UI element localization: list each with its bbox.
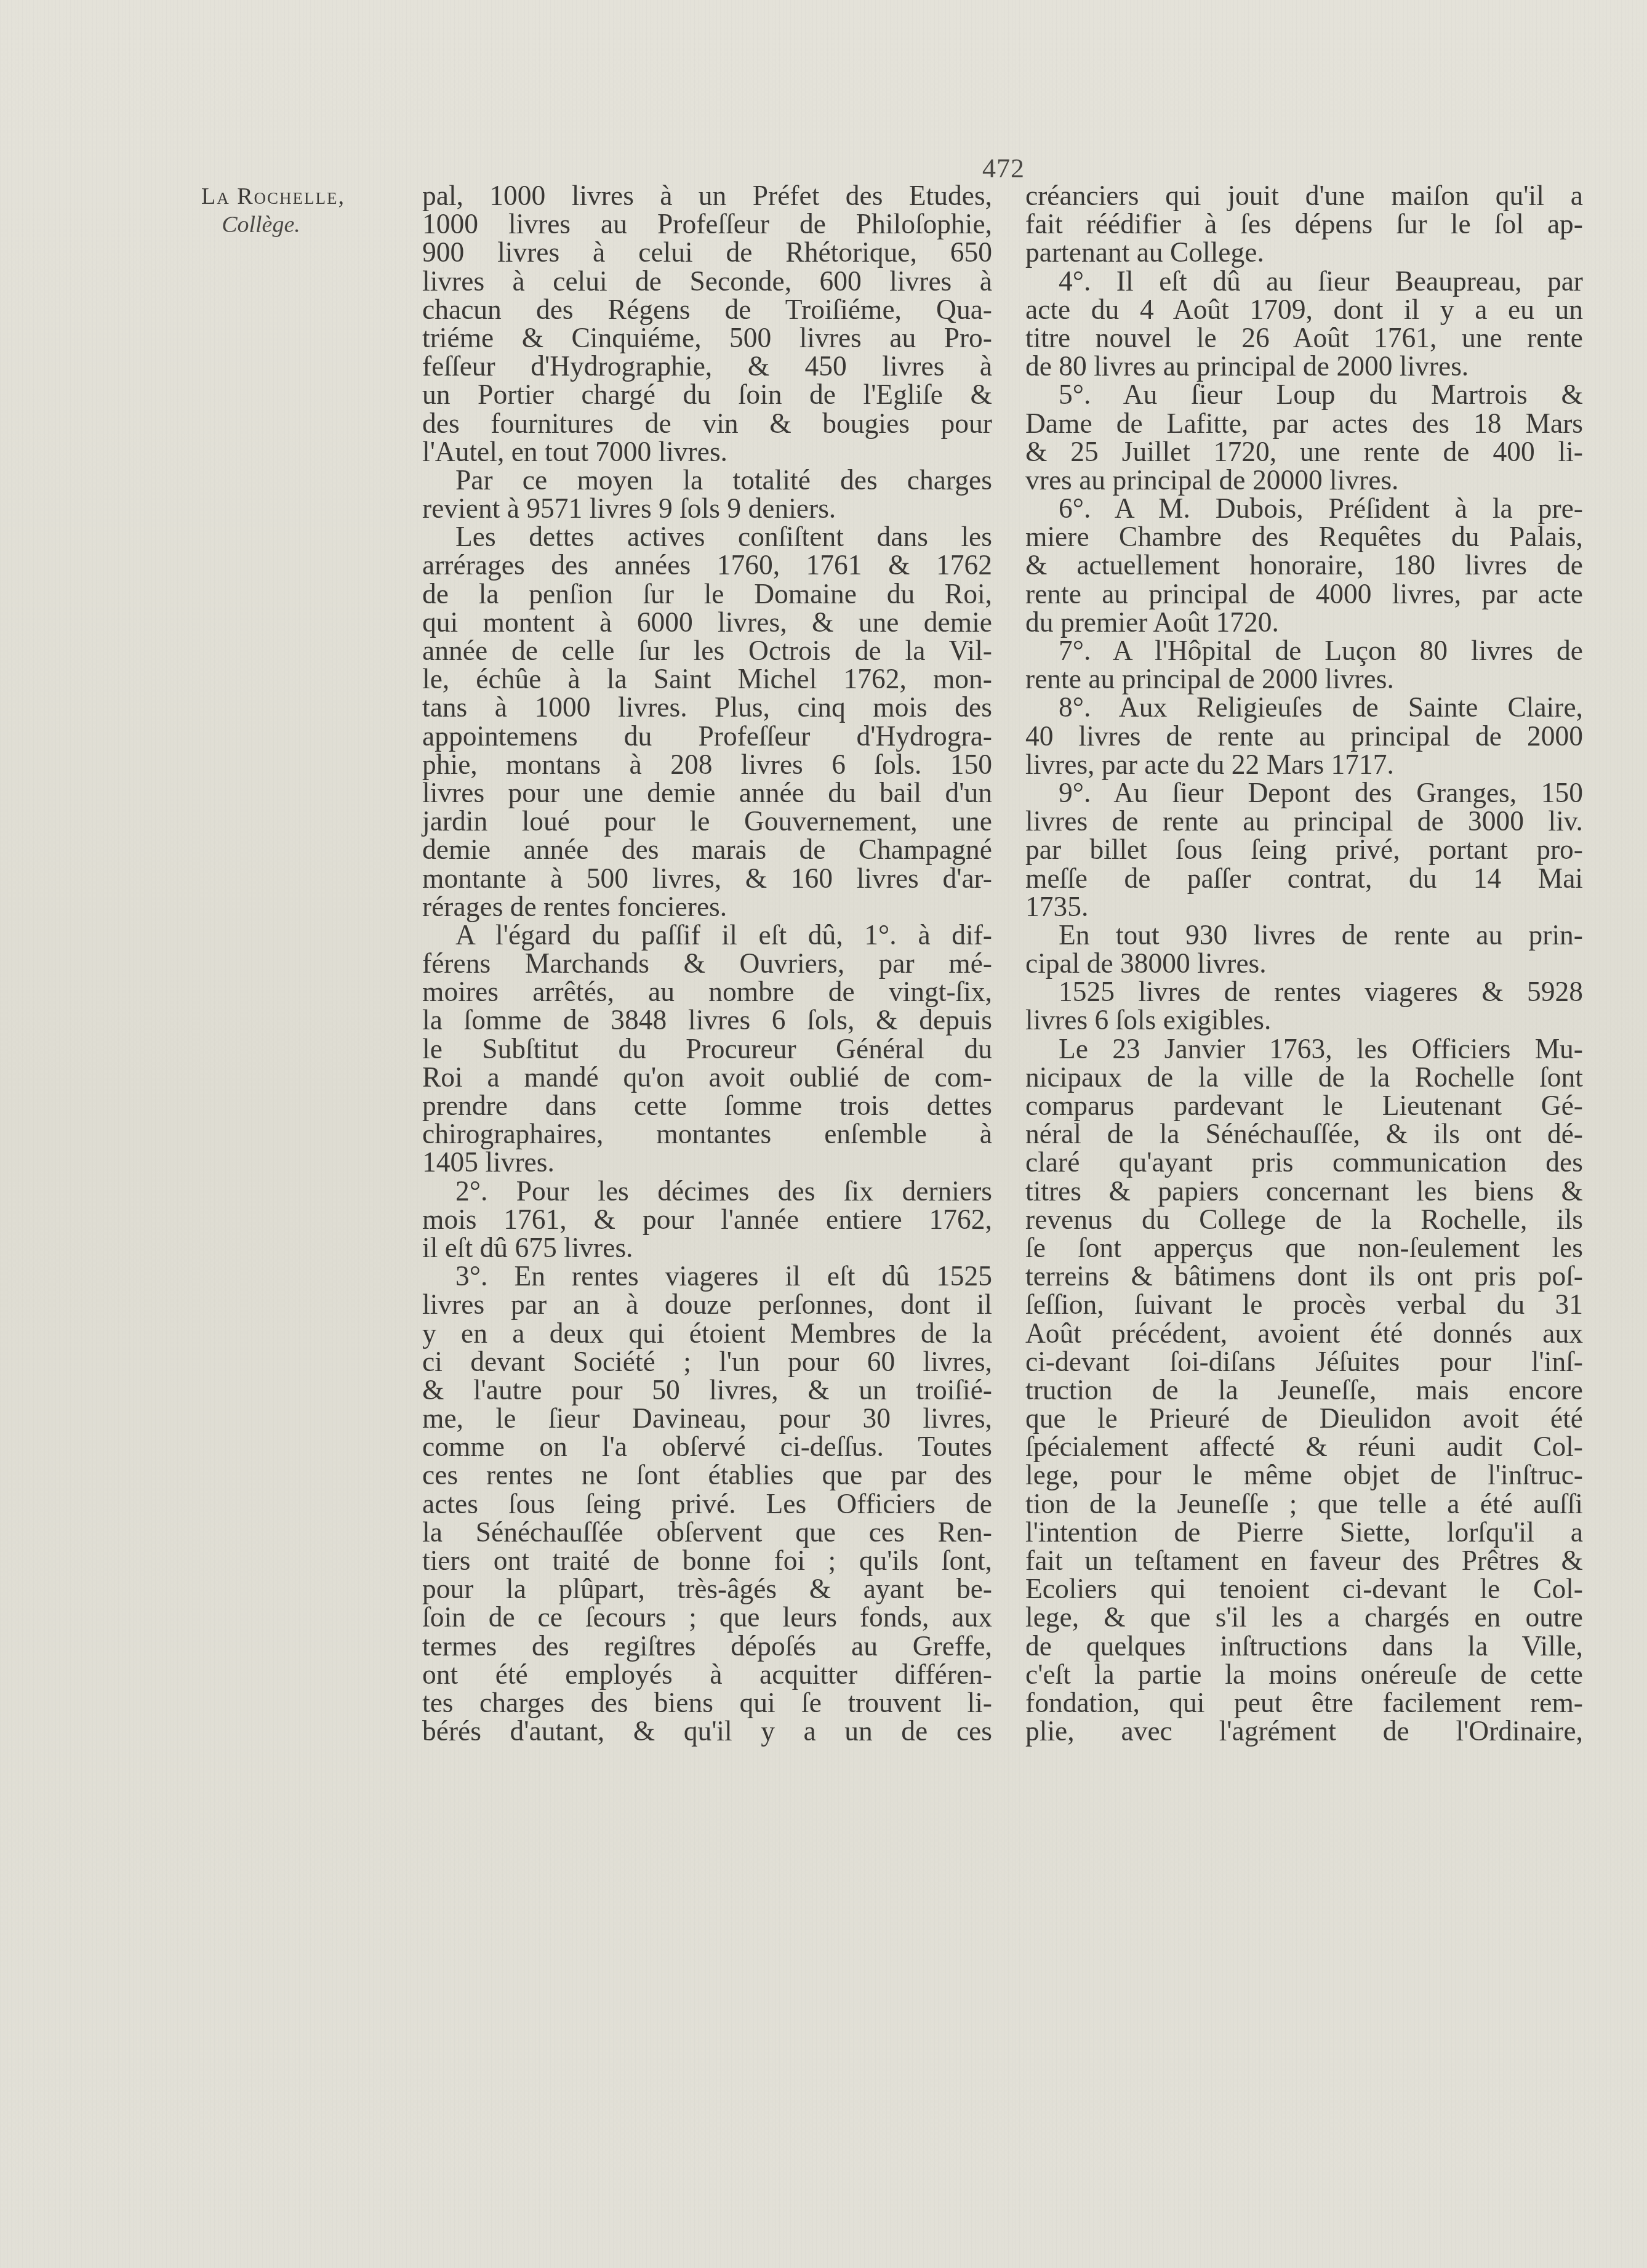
text-line: Août précédent, avoient été donnés aux [1025,1319,1583,1348]
text-line: livres par an à douze perſonnes, dont il [422,1290,992,1319]
text-line: chacun des Régens de Troiſiéme, Qua- [422,296,992,324]
text-line: titres & papiers concernant les biens & [1025,1177,1583,1205]
text-line: miere Chambre des Requêtes du Palais, [1025,523,1583,551]
left-text-column: pal, 1000 livres à un Préfet des Etudes,… [422,182,992,1745]
text-line: tiers ont traité de bonne foi ; qu'ils ſ… [422,1546,992,1575]
text-line: année de celle ſur les Octrois de la Vil… [422,637,992,665]
text-line: 1000 livres au Profeſſeur de Philoſophie… [422,210,992,238]
text-line: 1735. [1025,893,1583,921]
text-line: 9°. Au ſieur Depont des Granges, 150 [1025,779,1583,807]
text-line: c'eſt la partie la moins onéreuſe de cet… [1025,1660,1583,1689]
text-line: rente au principal de 4000 livres, par a… [1025,580,1583,608]
text-line: lege, & que s'il les a chargés en outre [1025,1603,1583,1631]
text-line: phie, montans à 208 livres 6 ſols. 150 [422,750,992,779]
text-line: la Sénéchauſſée obſervent que ces Ren- [422,1518,992,1546]
text-line: fondation, qui peut être facilement rem- [1025,1689,1583,1717]
text-line: de 80 livres au principal de 2000 livres… [1025,352,1583,380]
text-line: termes des regiſtres dépoſés au Greffe, [422,1632,992,1660]
text-line: la ſomme de 3848 livres 6 ſols, & depuis [422,1006,992,1034]
text-line: montante à 500 livres, & 160 livres d'ar… [422,864,992,893]
text-line: rente au principal de 2000 livres. [1025,665,1583,693]
right-text-column: créanciers qui jouit d'une maiſon qu'il … [1025,182,1583,1745]
text-line: actes ſous ſeing privé. Les Officiers de [422,1490,992,1518]
text-line: rérages de rentes foncieres. [422,893,992,921]
text-line: appointemens du Profeſſeur d'Hydrogra- [422,722,992,750]
text-line: férens Marchands & Ouvriers, par mé- [422,949,992,978]
text-line: En tout 930 livres de rente au prin- [1025,921,1583,949]
text-line: 5°. Au ſieur Loup du Martrois & [1025,380,1583,409]
text-line: 6°. A M. Dubois, Préſident à la pre- [1025,494,1583,523]
text-line: ſpécialement affecté & réuni audit Col- [1025,1433,1583,1461]
text-line: créanciers qui jouit d'une maiſon qu'il … [1025,182,1583,210]
text-line: chirographaires, montantes enſemble à [422,1120,992,1148]
text-line: truction de la Jeuneſſe, mais encore [1025,1376,1583,1404]
text-line: de la penſion ſur le Domaine du Roi, [422,580,992,608]
text-line: 3°. En rentes viageres il eſt dû 1525 [422,1262,992,1290]
text-line: y en a deux qui étoient Membres de la [422,1319,992,1348]
text-line: 8°. Aux Religieuſes de Sainte Claire, [1025,693,1583,722]
text-line: moires arrêtés, au nombre de vingt-ſix, [422,978,992,1006]
text-line: qui montent à 6000 livres, & une demie [422,608,992,637]
text-line: comparus pardevant le Lieutenant Gé- [1025,1092,1583,1120]
text-line: ſoin de ce ſecours ; que leurs fonds, au… [422,1603,992,1631]
text-line: il eſt dû 675 livres. [422,1234,992,1262]
text-line: l'intention de Pierre Siette, lorſqu'il … [1025,1518,1583,1546]
text-line: tans à 1000 livres. Plus, cinq mois des [422,693,992,722]
text-line: vres au principal de 20000 livres. [1025,466,1583,494]
text-line: 7°. A l'Hôpital de Luçon 80 livres de [1025,637,1583,665]
text-line: un Portier chargé du ſoin de l'Egliſe & [422,380,992,409]
text-line: Ecoliers qui tenoient ci-devant le Col- [1025,1575,1583,1603]
text-line: des fournitures de vin & bougies pour [422,409,992,438]
text-line: le Subſtitut du Procureur Général du [422,1035,992,1063]
text-line: fait un teſtament en faveur des Prêtres … [1025,1546,1583,1575]
text-line: cipal de 38000 livres. [1025,949,1583,978]
text-line: 2°. Pour les décimes des ſix derniers [422,1177,992,1205]
text-line: 1525 livres de rentes viageres & 5928 [1025,978,1583,1006]
text-line: livres de rente au principal de 3000 liv… [1025,807,1583,835]
text-line: Roi a mandé qu'on avoit oublié de com- [422,1063,992,1092]
text-line: 40 livres de rente au principal de 2000 [1025,722,1583,750]
text-line: que le Prieuré de Dieulidon avoit été [1025,1404,1583,1433]
text-line: 900 livres à celui de Rhétorique, 650 [422,238,992,267]
text-line: pour la plûpart, très-âgés & ayant be- [422,1575,992,1603]
text-line: livres pour une demie année du bail d'un [422,779,992,807]
margin-note-place: La Rochelle, [162,182,384,211]
text-line: tion de la Jeuneſſe ; que telle a été au… [1025,1490,1583,1518]
text-line: meſſe de paſſer contrat, du 14 Mai [1025,864,1583,893]
text-line: le, échûe à la Saint Michel 1762, mon- [422,665,992,693]
text-line: livres 6 ſols exigibles. [1025,1006,1583,1034]
text-line: titre nouvel le 26 Août 1761, une rente [1025,324,1583,352]
text-line: 1405 livres. [422,1148,992,1176]
text-line: bérés d'autant, & qu'il y a un de ces [422,1717,992,1745]
text-line: prendre dans cette ſomme trois dettes [422,1092,992,1120]
text-line: par billet ſous ſeing privé, portant pro… [1025,835,1583,864]
text-line: feſſeur d'Hydrographie, & 450 livres à [422,352,992,380]
text-line: terreins & bâtimens dont ils ont pris po… [1025,1262,1583,1290]
text-line: & 25 Juillet 1720, une rente de 400 li- [1025,438,1583,466]
text-line: revient à 9571 livres 9 ſols 9 deniers. [422,494,992,523]
text-line: lege, pour le même objet de l'inſtruc- [1025,1461,1583,1489]
text-line: Par ce moyen la totalité des charges [422,466,992,494]
text-line: & l'autre pour 50 livres, & un troiſié- [422,1376,992,1404]
text-line: mois 1761, & pour l'année entiere 1762, [422,1205,992,1234]
text-line: Les dettes actives conſiſtent dans les [422,523,992,551]
text-line: comme on l'a obſervé ci-deſſus. Toutes [422,1433,992,1461]
text-line: revenus du College de la Rochelle, ils [1025,1205,1583,1234]
text-line: arrérages des années 1760, 1761 & 1762 [422,551,992,579]
text-line: livres, par acte du 22 Mars 1717. [1025,750,1583,779]
margin-note: La Rochelle, Collège. [175,182,384,239]
text-line: pal, 1000 livres à un Préfet des Etudes, [422,182,992,210]
text-line: ces rentes ne ſont établies que par des [422,1461,992,1489]
text-line: jardin loué pour le Gouvernement, une [422,807,992,835]
text-line: & actuellement honoraire, 180 livres de [1025,551,1583,579]
text-line: Le 23 Janvier 1763, les Officiers Mu- [1025,1035,1583,1063]
text-line: acte du 4 Août 1709, dont il y a eu un [1025,296,1583,324]
text-line: Dame de Lafitte, par actes des 18 Mars [1025,409,1583,438]
text-line: du premier Août 1720. [1025,608,1583,637]
text-line: néral de la Sénéchauſſée, & ils ont dé- [1025,1120,1583,1148]
text-line: de quelques inſtructions dans la Ville, [1025,1632,1583,1660]
text-line: triéme & Cinquiéme, 500 livres au Pro- [422,324,992,352]
text-line: ont été employés à acquitter différen- [422,1660,992,1689]
margin-note-subject: Collège. [138,211,384,239]
text-line: demie année des marais de Champagné [422,835,992,864]
text-line: A l'égard du paſſif il eſt dû, 1°. à dif… [422,921,992,949]
text-line: fait réédifier à ſes dépens ſur le ſol a… [1025,210,1583,238]
text-line: 4°. Il eſt dû au ſieur Beaupreau, par [1025,267,1583,296]
text-line: ci devant Société ; l'un pour 60 livres, [422,1348,992,1376]
text-line: l'Autel, en tout 7000 livres. [422,438,992,466]
text-line: claré qu'ayant pris communication des [1025,1148,1583,1176]
text-line: ſeſſion, ſuivant le procès verbal du 31 [1025,1290,1583,1319]
text-line: plie, avec l'agrément de l'Ordinaire, [1025,1717,1583,1745]
text-line: tes charges des biens qui ſe trouvent li… [422,1689,992,1717]
text-line: ſe ſont apperçus que non-ſeulement les [1025,1234,1583,1262]
text-line: me, le ſieur Davineau, pour 30 livres, [422,1404,992,1433]
text-line: nicipaux de la ville de la Rochelle ſont [1025,1063,1583,1092]
text-line: ci-devant ſoi-diſans Jéſuites pour l'inſ… [1025,1348,1583,1376]
text-line: livres à celui de Seconde, 600 livres à [422,267,992,296]
text-line: partenant au College. [1025,238,1583,267]
